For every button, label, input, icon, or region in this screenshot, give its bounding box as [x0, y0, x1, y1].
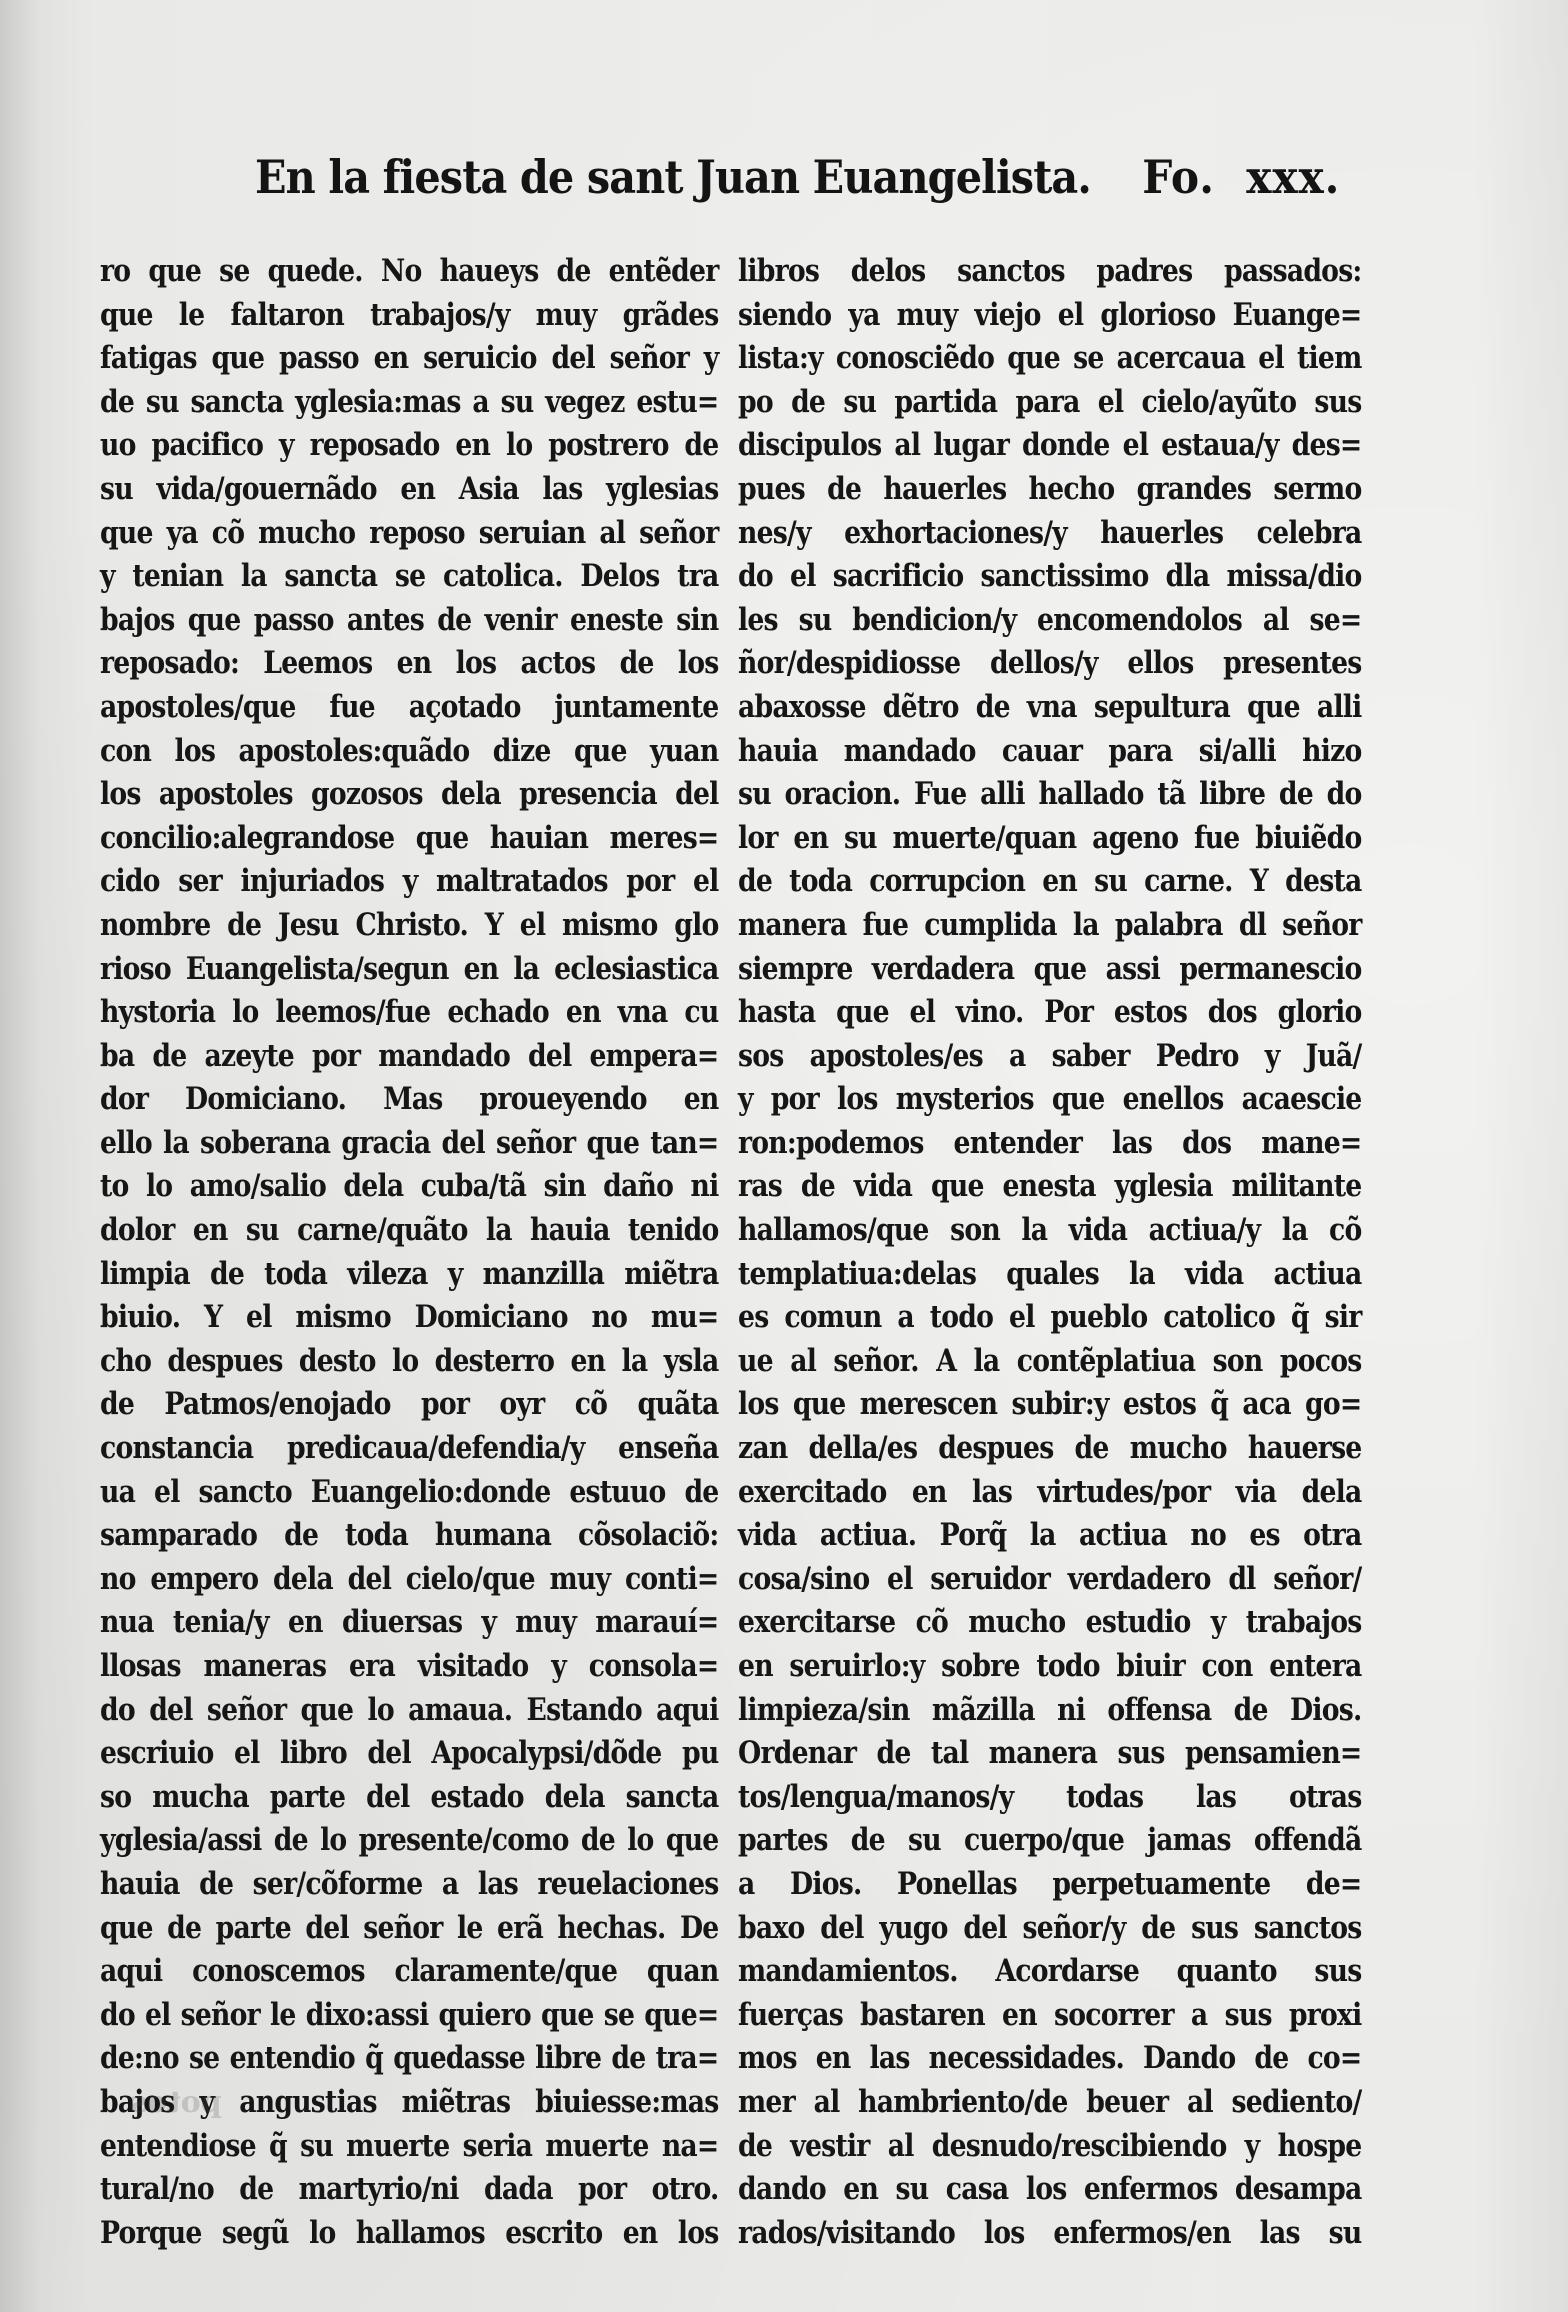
text-line: partes de su cuerpo/que jamas offendã [738, 1819, 1362, 1863]
text-line: entendiose q̃ su muerte seria muerte na= [100, 2125, 719, 2169]
text-line: los que merescen subir:y estos q̃ aca go… [738, 1383, 1362, 1427]
text-line: exercitado en las virtudes/por via dela [738, 1471, 1362, 1515]
text-line: do del señor que lo amaua. Estando aqui [100, 1689, 719, 1733]
text-line: to lo amo/salio dela cuba/tã sin daño ni [100, 1165, 719, 1209]
text-line: zan della/es despues de mucho hauerse [738, 1427, 1362, 1471]
text-line: ba de azeyte por mandado del empera= [100, 1035, 719, 1079]
text-line: les su bendicion/y encomendolos al se= [738, 599, 1362, 643]
text-line: cido ser injuriados y maltratados por el [100, 860, 719, 904]
text-line: que ya cõ mucho reposo seruian al señor [100, 512, 719, 556]
text-line: Porque segũ lo hallamos escrito en los [100, 2212, 719, 2256]
text-column-left: ro que se quede. No haueys de entẽderque… [100, 250, 720, 2255]
text-line: dolor en su carne/quãto la hauia tenido [100, 1209, 719, 1253]
text-line: llosas maneras era visitado y consola= [100, 1645, 719, 1689]
text-line: abaxosse dẽtro de vna sepultura que alli [738, 686, 1362, 730]
text-line: do el sacrificio sanctissimo dla missa/d… [738, 555, 1362, 599]
text-line: discipulos al lugar donde el estaua/y de… [738, 424, 1362, 468]
text-line: no empero dela del cielo/que muy conti= [100, 1558, 719, 1602]
text-line: templatiua:delas quales la vida actiua [738, 1253, 1362, 1297]
text-line: rioso Euangelista/segun en la eclesiasti… [100, 948, 719, 992]
text-line: baxo del yugo del señor/y de sus sanctos [738, 1907, 1362, 1951]
text-line: ua el sancto Euangelio:donde estuuo de [100, 1471, 719, 1515]
text-line: ue al señor. A la contẽplatiua son pocos [738, 1340, 1362, 1384]
running-head-title: En la fiesta de sant Juan Euangelista. [255, 150, 1091, 204]
text-line: su vida/gouernãdo en Asia las yglesias [100, 468, 719, 512]
text-line: mandamientos. Acordarse quanto sus [738, 1950, 1362, 1994]
text-line: que de parte del señor le erã hechas. De [100, 1907, 719, 1951]
text-line: escriuio el libro del Apocalypsi/dõde pu [100, 1732, 719, 1776]
text-line: nua tenia/y en diuersas y muy marauí= [100, 1601, 719, 1645]
text-line: es comun a todo el pueblo catolico q̃ si… [738, 1296, 1362, 1340]
text-line: apostoles/que fue açotado juntamente [100, 686, 719, 730]
folio-label: Fo. [1142, 150, 1215, 204]
text-line: exercitarse cõ mucho estudio y trabajos [738, 1601, 1362, 1645]
text-line: uo pacifico y reposado en lo postrero de [100, 424, 719, 468]
text-line: su oracion. Fue alli hallado tã libre de… [738, 773, 1362, 817]
text-line: ro que se quede. No haueys de entẽder [100, 250, 719, 294]
folio: Fo.xxx. [1142, 150, 1340, 204]
text-line: concilio:alegrandose que hauian meres= [100, 817, 719, 861]
text-line: de toda corrupcion en su carne. Y desta [738, 860, 1362, 904]
scanned-book-page: En la fiesta de sant Juan Euangelista. F… [0, 0, 1568, 2312]
bleed-through-text: potos [130, 2085, 222, 2120]
text-line: aqui conoscemos claramente/que quan [100, 1950, 719, 1994]
text-line: reposado: Leemos en los actos de los [100, 642, 719, 686]
text-line: siempre verdadera que assi permanescio [738, 948, 1362, 992]
folio-number: xxx. [1246, 150, 1340, 204]
text-line: manera fue cumplida la palabra dl señor [738, 904, 1362, 948]
text-line: de:no se entendio q̃ quedasse libre de t… [100, 2037, 719, 2081]
text-line: ello la soberana gracia del señor que ta… [100, 1122, 719, 1166]
text-line: lor en su muerte/quan ageno fue biuiẽdo [738, 817, 1362, 861]
text-line: a Dios. Ponellas perpetuamente de= [738, 1863, 1362, 1907]
text-line: lista:y conosciẽdo que se acercaua el ti… [738, 337, 1362, 381]
text-line: hallamos/que son la vida actiua/y la cõ [738, 1209, 1362, 1253]
text-line: siendo ya muy viejo el glorioso Euange= [738, 294, 1362, 338]
text-line: constancia predicaua/defendia/y enseña [100, 1427, 719, 1471]
text-line: tos/lengua/manos/y todas las otras [738, 1776, 1362, 1820]
text-line: los apostoles gozosos dela presencia del [100, 773, 719, 817]
text-line: cho despues desto lo desterro en la ysla [100, 1340, 719, 1384]
text-line: de Patmos/enojado por oyr cõ quãta [100, 1383, 719, 1427]
text-line: po de su partida para el cielo/ayũto sus [738, 381, 1362, 425]
text-line: limpieza/sin mãzilla ni offensa de Dios. [738, 1689, 1362, 1733]
text-line: y tenian la sancta se catolica. Delos tr… [100, 555, 719, 599]
text-line: fuerças bastaren en socorrer a sus proxi [738, 1994, 1362, 2038]
text-line: que le faltaron trabajos/y muy grãdes [100, 294, 719, 338]
text-column-right: libros delos sanctos padres passados:sie… [738, 250, 1363, 2255]
text-line: hauia mandado cauar para si/alli hizo [738, 730, 1362, 774]
text-line: ras de vida que enesta yglesia militante [738, 1165, 1362, 1209]
text-line: yglesia/assi de lo presente/como de lo q… [100, 1819, 719, 1863]
text-line: so mucha parte del estado dela sancta [100, 1776, 719, 1820]
text-line: hauia de ser/cõforme a las reuelaciones [100, 1863, 719, 1907]
text-line: do el señor le dixo:assi quiero que se q… [100, 1994, 719, 2038]
text-line: rados/visitando los enfermos/en las su [738, 2212, 1362, 2256]
text-line: dando en su casa los enfermos desampa [738, 2168, 1362, 2212]
running-head: En la fiesta de sant Juan Euangelista. F… [255, 150, 1340, 220]
text-line: fatigas que passo en seruicio del señor … [100, 337, 719, 381]
text-line: ron:podemos entender las dos mane= [738, 1122, 1362, 1166]
text-line: de su sancta yglesia:mas a su vegez estu… [100, 381, 719, 425]
text-line: cosa/sino el seruidor verdadero dl señor… [738, 1558, 1362, 1602]
page-edge-shadow [0, 0, 40, 2312]
text-line: con los apostoles:quãdo dize que yuan [100, 730, 719, 774]
text-line: tural/no de martyrio/ni dada por otro. [100, 2168, 719, 2212]
text-line: biuio. Y el mismo Domiciano no mu= [100, 1296, 719, 1340]
text-line: Ordenar de tal manera sus pensamien= [738, 1732, 1362, 1776]
text-line: ñor/despidiosse dellos/y ellos presentes [738, 642, 1362, 686]
text-line: sos apostoles/es a saber Pedro y Juã/ [738, 1035, 1362, 1079]
text-line: en seruirlo:y sobre todo biuir con enter… [738, 1645, 1362, 1689]
text-line: y por los mysterios que enellos acaescie [738, 1078, 1362, 1122]
text-line: limpia de toda vileza y manzilla miẽtra [100, 1253, 719, 1297]
text-line: bajos que passo antes de venir eneste si… [100, 599, 719, 643]
text-line: de vestir al desnudo/rescibiendo y hospe [738, 2125, 1362, 2169]
text-line: libros delos sanctos padres passados: [738, 250, 1362, 294]
text-line: mos en las necessidades. Dando de co= [738, 2037, 1362, 2081]
text-line: vida actiua. Porq̃ la actiua no es otra [738, 1514, 1362, 1558]
text-line: hystoria lo leemos/fue echado en vna cu [100, 991, 719, 1035]
text-line: hasta que el vino. Por estos dos glorio [738, 991, 1362, 1035]
text-line: pues de hauerles hecho grandes sermo [738, 468, 1362, 512]
text-line: nombre de Jesu Christo. Y el mismo glo [100, 904, 719, 948]
text-line: nes/y exhortaciones/y hauerles celebra [738, 512, 1362, 556]
text-line: samparado de toda humana cõsolaciõ: [100, 1514, 719, 1558]
text-line: dor Domiciano. Mas proueyendo en [100, 1078, 719, 1122]
text-line: mer al hambriento/de beuer al sediento/ [738, 2081, 1362, 2125]
